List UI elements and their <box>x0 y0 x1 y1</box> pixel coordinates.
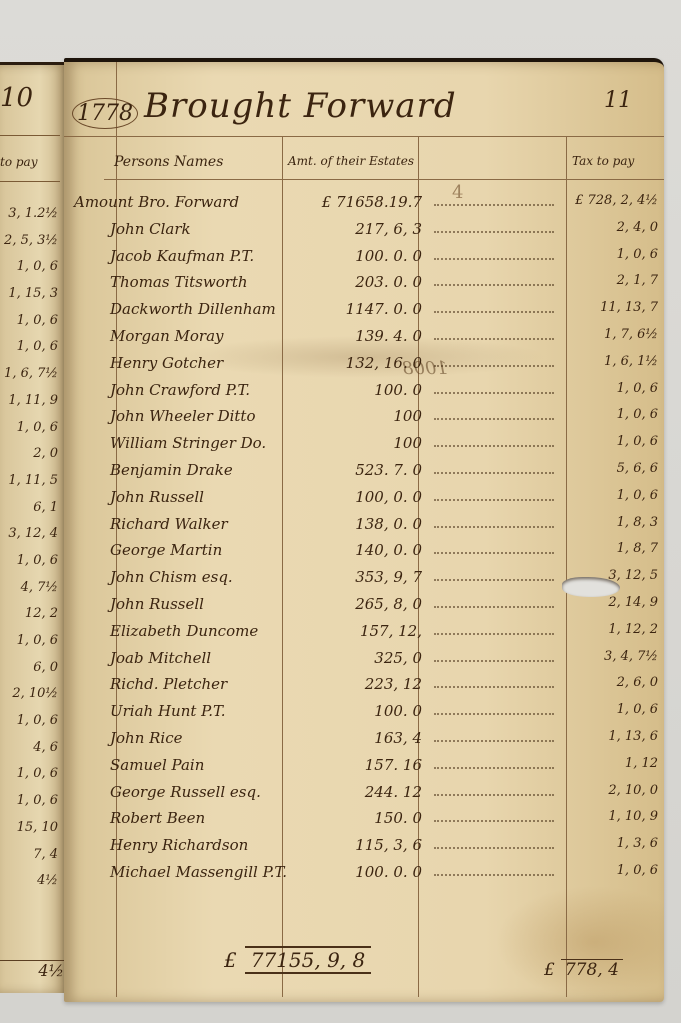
person-name: John Wheeler Ditto <box>110 407 256 425</box>
leader-dots <box>434 231 554 233</box>
tax-amount: 2, 4, 0 <box>564 220 658 235</box>
leader-dots <box>434 579 554 581</box>
column-header-names: Persons Names <box>114 154 223 170</box>
tax-amount: 1, 0, 6 <box>564 381 658 396</box>
person-name: George Russell esq. <box>110 783 261 801</box>
left-value: 1, 11, 9 <box>0 388 64 415</box>
tax-amount: 3, 4, 7½ <box>564 649 658 664</box>
left-value: 4, 7½ <box>0 575 64 602</box>
estate-amount: 265, 8, 0 <box>284 595 422 613</box>
tax-amount: 2, 6, 0 <box>564 675 658 690</box>
person-name: Richard Walker <box>110 515 228 533</box>
column-header-rule <box>104 179 664 180</box>
tax-amount: 1, 7, 6½ <box>564 327 658 342</box>
estate-amount: 139. 4. 0 <box>284 327 422 345</box>
tax-amount: 1, 8, 7 <box>564 541 658 556</box>
estate-amount: 1147. 0. 0 <box>284 300 422 318</box>
left-value: 1, 0, 6 <box>0 761 64 788</box>
tax-amount: 1, 0, 6 <box>564 863 658 878</box>
leader-dots <box>434 204 554 206</box>
estate-amount: 100. 0. 0 <box>284 863 422 881</box>
estate-amount: 150. 0 <box>284 809 422 827</box>
person-name: Dackworth Dillenham <box>110 300 276 318</box>
tax-amount: 2, 14, 9 <box>564 595 658 610</box>
person-name: Elizabeth Duncome <box>110 622 258 640</box>
estate-amount: 138, 0. 0 <box>284 515 422 533</box>
person-name: Morgan Moray <box>110 327 224 345</box>
left-facing-page: 10 to pay 3, 1.2½ 2, 5, 3½ 1, 0, 6 1, 15… <box>0 62 66 993</box>
ledger-row: Dackworth Dillenham1147. 0. 011, 13, 7 <box>64 297 664 324</box>
left-value: 1, 0, 6 <box>0 628 64 655</box>
ledger-row: Richard Walker138, 0. 01, 8, 3 <box>64 512 664 539</box>
ledger-row: John Chism esq.353, 9, 73, 12, 5 <box>64 565 664 592</box>
tax-amount: 11, 13, 7 <box>564 300 658 315</box>
estate-amount: 203. 0. 0 <box>284 273 422 291</box>
person-name: John Chism esq. <box>110 568 233 586</box>
pound-sign: £ <box>224 948 237 972</box>
leader-dots <box>434 472 554 474</box>
tax-amount: 3, 12, 5 <box>564 568 658 583</box>
estate-amount: 100 <box>284 407 422 425</box>
ledger-row: John Crawford P.T.100. 01, 0, 6 <box>64 378 664 405</box>
leader-dots <box>434 606 554 608</box>
estate-amount: 100. 0 <box>284 702 422 720</box>
tax-amount: 1, 6, 1½ <box>564 354 658 369</box>
estate-amount: 244. 12 <box>284 783 422 801</box>
tax-amount: 2, 10, 0 <box>564 783 658 798</box>
leader-dots <box>434 311 554 313</box>
tax-amount: 1, 8, 3 <box>564 515 658 530</box>
leader-dots <box>434 445 554 447</box>
person-name: John Crawford P.T. <box>110 381 250 399</box>
left-page-rule <box>0 181 60 182</box>
estate-amount: 140, 0. 0 <box>284 541 422 559</box>
person-name: Henry Richardson <box>110 836 248 854</box>
estate-amount: £ 71658.19.7 <box>284 193 422 211</box>
leader-dots <box>434 740 554 742</box>
left-value: 1, 0, 6 <box>0 308 64 335</box>
left-value: 4½ <box>0 868 64 895</box>
ledger-year: 1778 <box>72 98 138 129</box>
left-page-column-header: to pay <box>0 155 37 169</box>
leader-dots <box>434 820 554 822</box>
estate-total-value: 77155, 9, 8 <box>245 946 372 974</box>
ledger-row: John Wheeler Ditto1001, 0, 6 <box>64 404 664 431</box>
column-header-estates: Amt. of their Estates <box>288 154 414 168</box>
left-page-total: 4½ <box>0 960 70 980</box>
person-name: George Martin <box>110 541 222 559</box>
person-name: Henry Gotcher <box>110 354 223 372</box>
person-name: Amount Bro. Forward <box>74 193 239 211</box>
leader-dots <box>434 258 554 260</box>
left-value: 7, 4 <box>0 842 64 869</box>
ledger-entries: Amount Bro. Forward£ 71658.19.7£ 728, 2,… <box>64 190 664 887</box>
ledger-row: Uriah Hunt P.T.100. 01, 0, 6 <box>64 699 664 726</box>
estate-total: £77155, 9, 8 <box>224 948 371 972</box>
page-title: Brought Forward <box>144 86 457 126</box>
estate-amount: 100 <box>284 434 422 452</box>
left-value: 1, 0, 6 <box>0 548 64 575</box>
ledger-row: Samuel Pain157. 161, 12 <box>64 753 664 780</box>
tax-total-value: 778, 4 <box>561 959 623 980</box>
estate-amount: 100, 0. 0 <box>284 488 422 506</box>
person-name: Uriah Hunt P.T. <box>110 702 226 720</box>
ledger-page: 1778 Brought Forward 11 Persons Names Am… <box>64 58 664 1002</box>
left-value: 2, 10½ <box>0 681 64 708</box>
left-value: 6, 0 <box>0 655 64 682</box>
estate-amount: 132, 16. 0 <box>284 354 422 372</box>
left-value: 4, 6 <box>0 735 64 762</box>
ledger-row: John Rice163, 41, 13, 6 <box>64 726 664 753</box>
leader-dots <box>434 660 554 662</box>
tax-amount: 1, 3, 6 <box>564 836 658 851</box>
person-name: Benjamin Drake <box>110 461 233 479</box>
left-value: 2, 0 <box>0 441 64 468</box>
left-value: 1, 15, 3 <box>0 281 64 308</box>
estate-amount: 157, 12, <box>284 622 422 640</box>
person-name: John Russell <box>110 488 204 506</box>
left-page-values: 3, 1.2½ 2, 5, 3½ 1, 0, 6 1, 15, 3 1, 0, … <box>0 201 64 895</box>
leader-dots <box>434 794 554 796</box>
left-value: 6, 1 <box>0 495 64 522</box>
left-page-rule <box>0 135 60 136</box>
tax-total: £778, 4 <box>544 960 623 980</box>
left-value: 12, 2 <box>0 601 64 628</box>
tax-amount: 1, 12, 2 <box>564 622 658 637</box>
left-value: 3, 1.2½ <box>0 201 64 228</box>
ledger-row: John Russell100, 0. 01, 0, 6 <box>64 485 664 512</box>
tax-amount: 1, 10, 9 <box>564 809 658 824</box>
estate-amount: 325, 0 <box>284 649 422 667</box>
person-name: John Clark <box>110 220 191 238</box>
left-value: 2, 5, 3½ <box>0 228 64 255</box>
leader-dots <box>434 633 554 635</box>
estate-amount: 115, 3, 6 <box>284 836 422 854</box>
ledger-row: George Russell esq.244. 122, 10, 0 <box>64 780 664 807</box>
person-name: Michael Massengill P.T. <box>110 863 287 881</box>
person-name: Richd. Pletcher <box>110 675 227 693</box>
ledger-row: Jacob Kaufman P.T.100. 0. 01, 0, 6 <box>64 244 664 271</box>
ledger-row: John Russell265, 8, 02, 14, 9 <box>64 592 664 619</box>
tax-amount: 1, 0, 6 <box>564 407 658 422</box>
estate-amount: 217, 6, 3 <box>284 220 422 238</box>
tax-amount: 2, 1, 7 <box>564 273 658 288</box>
left-value: 3, 12, 4 <box>0 521 64 548</box>
ledger-row: Henry Richardson115, 3, 61, 3, 6 <box>64 833 664 860</box>
header-rule <box>64 136 664 137</box>
tax-amount: 1, 0, 6 <box>564 434 658 449</box>
leader-dots <box>434 284 554 286</box>
ledger-row: John Clark217, 6, 32, 4, 0 <box>64 217 664 244</box>
ledger-row: Robert Been150. 01, 10, 9 <box>64 806 664 833</box>
left-value: 1, 6, 7½ <box>0 361 64 388</box>
leader-dots <box>434 686 554 688</box>
person-name: Joab Mitchell <box>110 649 211 667</box>
estate-amount: 100. 0. 0 <box>284 247 422 265</box>
leader-dots <box>434 365 554 367</box>
leader-dots <box>434 499 554 501</box>
ledger-row: Michael Massengill P.T.100. 0. 01, 0, 6 <box>64 860 664 887</box>
left-page-folio: 10 <box>0 83 33 113</box>
estate-amount: 223, 12 <box>284 675 422 693</box>
person-name: Thomas Titsworth <box>110 273 248 291</box>
column-header-tax: Tax to pay <box>572 154 634 168</box>
leader-dots <box>434 767 554 769</box>
pound-sign: £ <box>544 960 555 980</box>
leader-dots <box>434 338 554 340</box>
tax-amount: 1, 0, 6 <box>564 247 658 262</box>
tax-amount: 1, 0, 6 <box>564 702 658 717</box>
left-value: 1, 0, 6 <box>0 254 64 281</box>
person-name: William Stringer Do. <box>110 434 266 452</box>
leader-dots <box>434 552 554 554</box>
left-value: 1, 0, 6 <box>0 334 64 361</box>
ledger-row: Amount Bro. Forward£ 71658.19.7£ 728, 2,… <box>64 190 664 217</box>
left-value: 15, 10 <box>0 815 64 842</box>
person-name: John Rice <box>110 729 183 747</box>
person-name: Jacob Kaufman P.T. <box>110 247 254 265</box>
ledger-row: Richd. Pletcher223, 122, 6, 0 <box>64 672 664 699</box>
page-folio: 11 <box>604 88 632 113</box>
leader-dots <box>434 392 554 394</box>
left-value: 1, 0, 6 <box>0 415 64 442</box>
person-name: Samuel Pain <box>110 756 204 774</box>
ledger-row: Joab Mitchell325, 03, 4, 7½ <box>64 646 664 673</box>
leader-dots <box>434 713 554 715</box>
estate-amount: 157. 16 <box>284 756 422 774</box>
person-name: John Russell <box>110 595 204 613</box>
ledger-row: George Martin140, 0. 01, 8, 7 <box>64 538 664 565</box>
person-name: Robert Been <box>110 809 205 827</box>
estate-amount: 100. 0 <box>284 381 422 399</box>
left-value: 1, 0, 6 <box>0 788 64 815</box>
leader-dots <box>434 847 554 849</box>
estate-amount: 523. 7. 0 <box>284 461 422 479</box>
estate-amount: 353, 9, 7 <box>284 568 422 586</box>
left-value: 1, 0, 6 <box>0 708 64 735</box>
tax-amount: 1, 12 <box>564 756 658 771</box>
leader-dots <box>434 526 554 528</box>
tax-amount: £ 728, 2, 4½ <box>564 193 658 208</box>
tax-amount: 1, 13, 6 <box>564 729 658 744</box>
leader-dots <box>434 874 554 876</box>
ledger-row: Elizabeth Duncome157, 12, 1, 12, 2 <box>64 619 664 646</box>
tax-amount: 5, 6, 6 <box>564 461 658 476</box>
left-value: 1, 11, 5 <box>0 468 64 495</box>
ledger-row: Henry Gotcher132, 16. 01, 6, 1½ <box>64 351 664 378</box>
ledger-row: Benjamin Drake523. 7. 05, 6, 6 <box>64 458 664 485</box>
ledger-row: Thomas Titsworth203. 0. 02, 1, 7 <box>64 270 664 297</box>
ledger-row: Morgan Moray139. 4. 01, 7, 6½ <box>64 324 664 351</box>
ledger-row: William Stringer Do.1001, 0, 6 <box>64 431 664 458</box>
leader-dots <box>434 418 554 420</box>
estate-amount: 163, 4 <box>284 729 422 747</box>
tax-amount: 1, 0, 6 <box>564 488 658 503</box>
